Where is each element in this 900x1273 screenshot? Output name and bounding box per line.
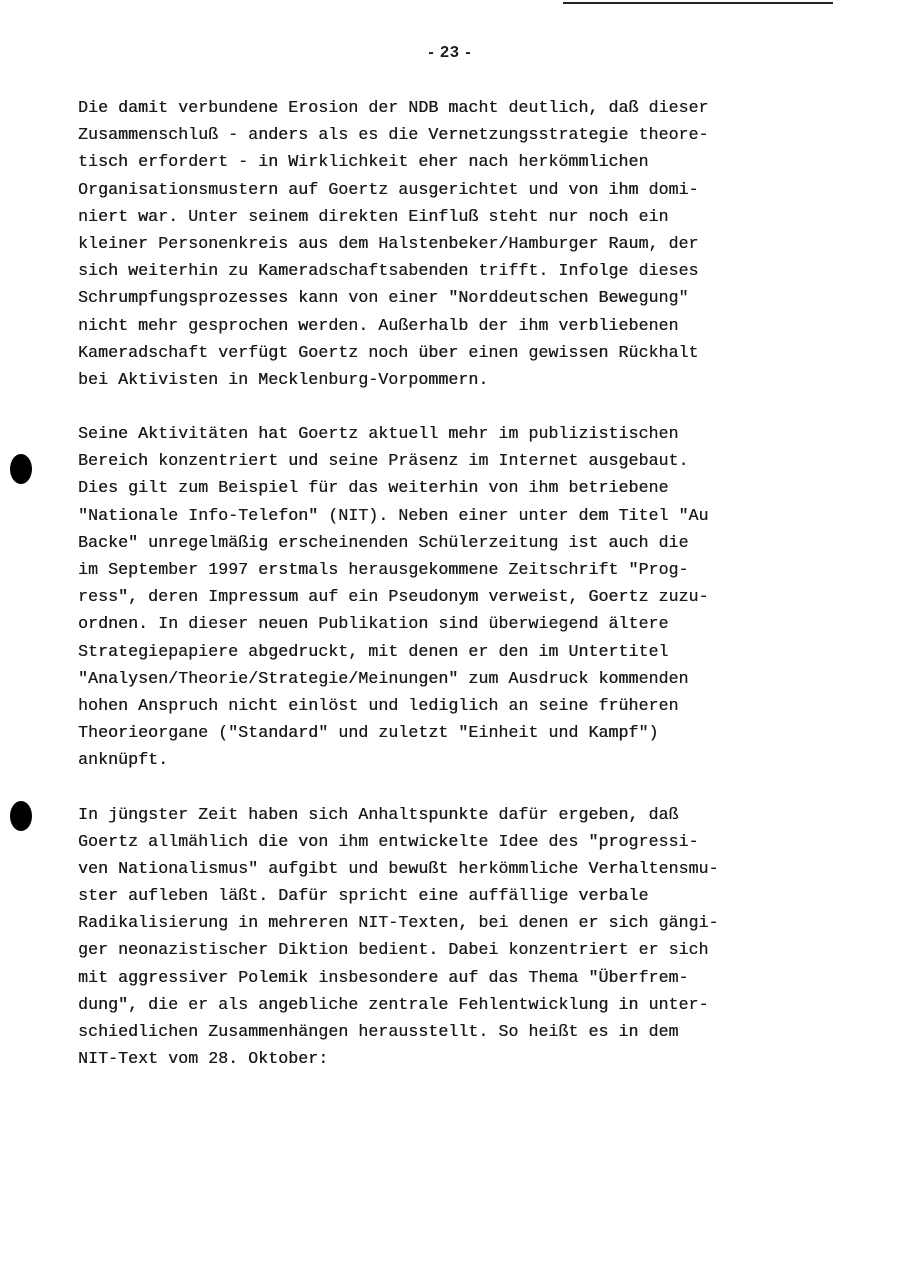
page-number: - 23 - <box>0 44 900 62</box>
text-line: Goertz allmählich die von ihm entwickelt… <box>78 828 838 855</box>
text-line: schiedlichen Zusammenhängen herausstellt… <box>78 1018 838 1045</box>
text-line: anknüpft. <box>78 746 838 773</box>
text-line: nicht mehr gesprochen werden. Außerhalb … <box>78 312 838 339</box>
text-line: bei Aktivisten in Mecklenburg-Vorpommern… <box>78 366 838 393</box>
text-line: Dies gilt zum Beispiel für das weiterhin… <box>78 474 838 501</box>
text-line: ven Nationalismus" aufgibt und bewußt he… <box>78 855 838 882</box>
text-line: niert war. Unter seinem direkten Einfluß… <box>78 203 838 230</box>
text-line: Zusammenschluß - anders als es die Verne… <box>78 121 838 148</box>
text-line: Theorieorgane ("Standard" und zuletzt "E… <box>78 719 838 746</box>
text-line: NIT-Text vom 28. Oktober: <box>78 1045 838 1072</box>
text-line: "Analysen/Theorie/Strategie/Meinungen" z… <box>78 665 838 692</box>
text-line: "Nationale Info-Telefon" (NIT). Neben ei… <box>78 502 838 529</box>
paragraph-ndb-erosion: Die damit verbundene Erosion der NDB mac… <box>78 94 838 393</box>
top-edge-rule <box>563 2 833 4</box>
text-line: tisch erfordert - in Wirklichkeit eher n… <box>78 148 838 175</box>
text-line: mit aggressiver Polemik insbesondere auf… <box>78 964 838 991</box>
text-line: im September 1997 erstmals herausgekomme… <box>78 556 838 583</box>
text-line: Bereich konzentriert und seine Präsenz i… <box>78 447 838 474</box>
text-line: dung", die er als angebliche zentrale Fe… <box>78 991 838 1018</box>
text-line: Backe" unregelmäßig erscheinenden Schüle… <box>78 529 838 556</box>
paragraph-radicalization: In jüngster Zeit haben sich Anhaltspunkt… <box>78 801 838 1073</box>
margin-bullet-mark <box>10 801 32 831</box>
text-line: In jüngster Zeit haben sich Anhaltspunkt… <box>78 801 838 828</box>
text-line: Schrumpfungsprozesses kann von einer "No… <box>78 284 838 311</box>
text-line: ress", deren Impressum auf ein Pseudonym… <box>78 583 838 610</box>
text-line: ster aufleben läßt. Dafür spricht eine a… <box>78 882 838 909</box>
text-line: hohen Anspruch nicht einlöst und ledigli… <box>78 692 838 719</box>
text-line: Organisationsmustern auf Goertz ausgeric… <box>78 176 838 203</box>
text-line: Strategiepapiere abgedruckt, mit denen e… <box>78 638 838 665</box>
text-line: sich weiterhin zu Kameradschaftsabenden … <box>78 257 838 284</box>
text-line: kleiner Personenkreis aus dem Halstenbek… <box>78 230 838 257</box>
document-body: Die damit verbundene Erosion der NDB mac… <box>78 94 838 1099</box>
text-line: ordnen. In dieser neuen Publikation sind… <box>78 610 838 637</box>
text-line: ger neonazistischer Diktion bedient. Dab… <box>78 936 838 963</box>
text-line: Radikalisierung in mehreren NIT-Texten, … <box>78 909 838 936</box>
margin-bullet-mark <box>10 454 32 484</box>
text-line: Die damit verbundene Erosion der NDB mac… <box>78 94 838 121</box>
text-line: Kameradschaft verfügt Goertz noch über e… <box>78 339 838 366</box>
text-line: Seine Aktivitäten hat Goertz aktuell meh… <box>78 420 838 447</box>
paragraph-publications: Seine Aktivitäten hat Goertz aktuell meh… <box>78 420 838 773</box>
